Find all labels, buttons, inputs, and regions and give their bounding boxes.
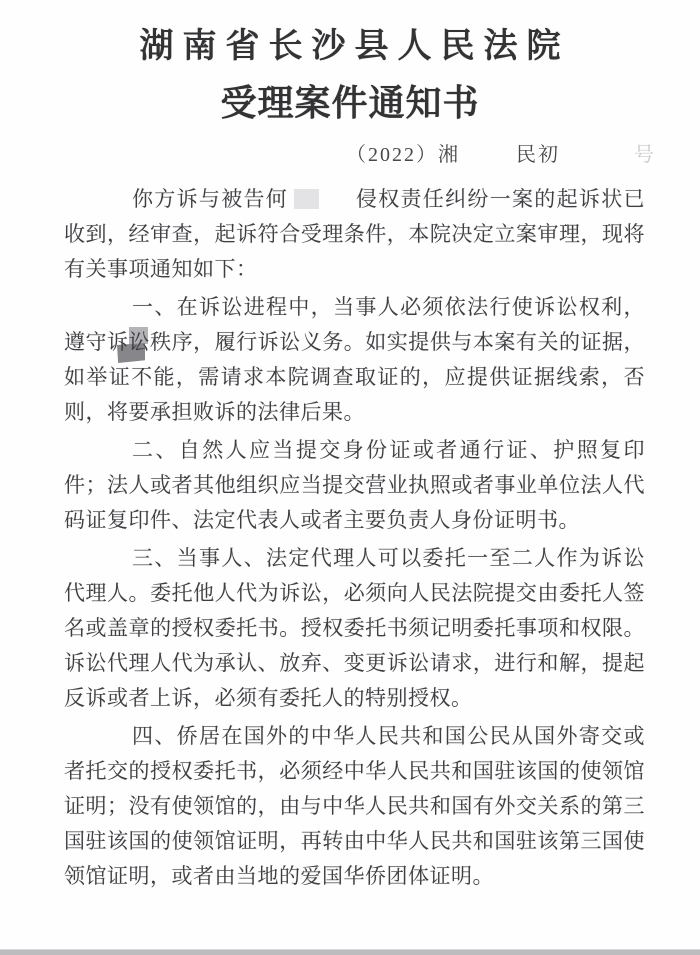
notice-body: 你方诉与被告何侵权责任纠纷一案的起诉状已收到，经审查，起诉符合受理条件，本院决定… <box>64 182 645 897</box>
notice-item-4: 四、侨居在国外的中华人民共和国公民从国外寄交或者托交的授权委托书，必须经中华人民… <box>64 719 645 894</box>
intro-paragraph: 你方诉与被告何侵权责任纠纷一案的起诉状已收到，经审查，起诉符合受理条件，本院决定… <box>64 182 645 287</box>
intro-text-before-redaction: 你方诉与被告何 <box>132 187 288 211</box>
court-name-heading: 湖南省长沙县人民法院 <box>0 18 700 67</box>
case-number-suffix-faded: 号 <box>634 144 656 166</box>
case-number-middle: 民初 <box>516 144 560 166</box>
case-number-line: （2022）湘民初号 <box>0 138 700 167</box>
court-notice-document: 湖南省长沙县人民法院 受理案件通知书 （2022）湘民初号 你方诉与被告何侵权责… <box>0 0 700 955</box>
document-title: 受理案件通知书 <box>0 75 700 126</box>
defendant-name-redaction-box <box>294 189 319 209</box>
notice-item-1: 一、在诉讼进程中，当事人必须依法行使诉讼权利，遵守诉讼秩序，履行诉讼义务。如实提… <box>64 290 645 430</box>
notice-item-3: 三、当事人、法定代理人可以委托一至二人作为诉讼代理人。委托他人代为诉讼，必须向人… <box>64 541 645 716</box>
case-number-prefix: （2022）湘 <box>346 144 460 166</box>
notice-item-2: 二、自然人应当提交身份证或者通行证、护照复印件；法人或者其他组织应当提交营业执照… <box>64 433 645 538</box>
page-edge-line <box>0 949 700 955</box>
